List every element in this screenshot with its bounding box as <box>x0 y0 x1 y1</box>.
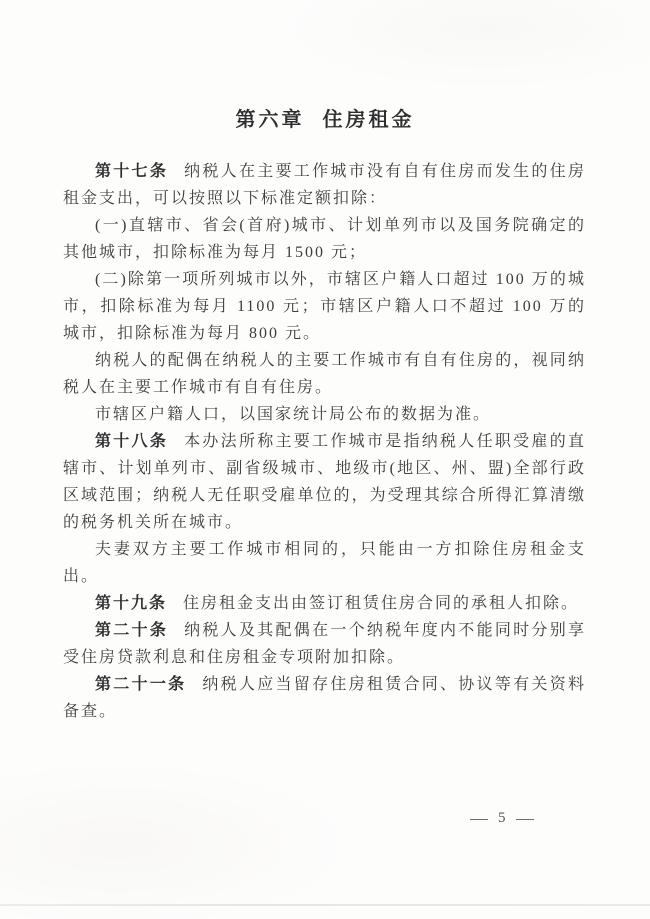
article-label: 第二十一条 <box>95 676 186 693</box>
paragraph: (二)除第一项所列城市以外，市辖区户籍人口超过 100 万的城市，扣除标准为每月… <box>63 266 586 347</box>
paragraph-text: 住房租金支出由签订租赁住房合同的承租人扣除。 <box>183 595 579 612</box>
page-footer: 5 <box>0 810 650 832</box>
paragraph: 市辖区户籍人口，以国家统计局公布的数据为准。 <box>63 401 586 428</box>
article-label: 第十八条 <box>95 433 168 450</box>
article-label: 第十九条 <box>95 595 167 612</box>
paragraph-text: 市辖区户籍人口，以国家统计局公布的数据为准。 <box>95 406 491 423</box>
paragraph: 第十七条纳税人在主要工作城市没有自有住房而发生的住房租金支出，可以按照以下标准定… <box>63 158 586 212</box>
chapter-subject: 住房租金 <box>323 109 415 131</box>
paragraph-text: (一)直辖市、省会(首府)城市、计划单列市以及国务院确定的其他城市，扣除标准为每… <box>63 217 586 261</box>
page-number-block: 5 <box>470 810 534 827</box>
paragraph: 第二十一条纳税人应当留存住房租赁合同、协议等有关资料备查。 <box>63 671 586 725</box>
paragraph: (一)直辖市、省会(首府)城市、计划单列市以及国务院确定的其他城市，扣除标准为每… <box>63 212 586 266</box>
scanned-document-page: 第六章住房租金 第十七条纳税人在主要工作城市没有自有住房而发生的住房租金支出，可… <box>0 0 650 919</box>
paragraph-text: 纳税人的配偶在纳税人的主要工作城市有自有住房的，视同纳税人在主要工作城市有自有住… <box>63 352 586 396</box>
chapter-number: 第六章 <box>236 109 305 131</box>
article-label: 第二十条 <box>95 622 168 639</box>
page-number: 5 <box>498 810 506 827</box>
paragraph: 第十八条本办法所称主要工作城市是指纳税人任职受雇的直辖市、计划单列市、副省级城市… <box>63 428 586 536</box>
document-body: 第十七条纳税人在主要工作城市没有自有住房而发生的住房租金支出，可以按照以下标准定… <box>63 158 586 725</box>
page-number-right-dash <box>516 819 534 820</box>
page-number-left-dash <box>470 819 488 820</box>
paragraph-text: (二)除第一项所列城市以外，市辖区户籍人口超过 100 万的城市，扣除标准为每月… <box>63 271 586 342</box>
paragraph: 第十九条住房租金支出由签订租赁住房合同的承租人扣除。 <box>63 590 586 617</box>
paragraph: 夫妻双方主要工作城市相同的，只能由一方扣除住房租金支出。 <box>63 536 586 590</box>
article-label: 第十七条 <box>95 163 168 180</box>
chapter-title: 第六章住房租金 <box>0 103 650 132</box>
scan-bottom-edge <box>0 904 650 906</box>
paragraph: 第二十条纳税人及其配偶在一个纳税年度内不能同时分别享受住房贷款利息和住房租金专项… <box>63 617 586 671</box>
paragraph-text: 夫妻双方主要工作城市相同的，只能由一方扣除住房租金支出。 <box>63 541 586 585</box>
paragraph: 纳税人的配偶在纳税人的主要工作城市有自有住房的，视同纳税人在主要工作城市有自有住… <box>63 347 586 401</box>
